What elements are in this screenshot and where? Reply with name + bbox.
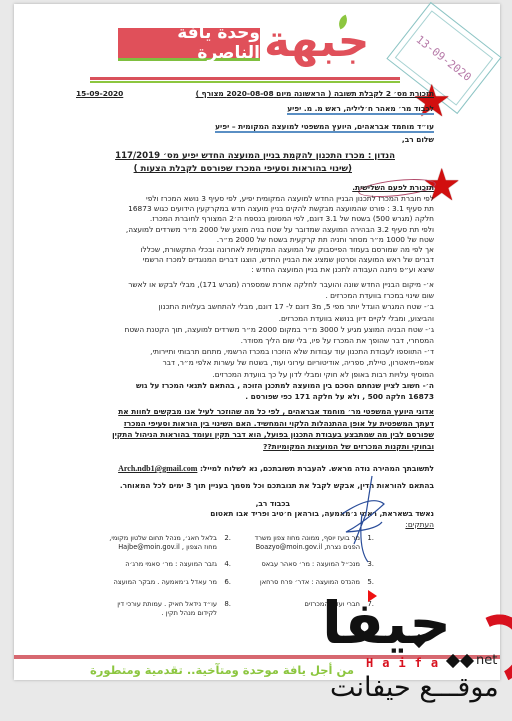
point-line: והביצוע, ומבלי לקיים דיון בנושא בוועדת ה… bbox=[279, 314, 434, 324]
reply-text: לתשובתך המהירה נודה מראש. להעברת תשובתכם… bbox=[200, 464, 434, 473]
copy-number: 5. bbox=[367, 578, 374, 586]
copy-number: 1. bbox=[367, 534, 374, 542]
question-line: דעתך המשפטית על אופן ההתנהלות הלקוי והמח… bbox=[124, 419, 434, 429]
body-line: תת סעיף 3.1 : פורט שהמועצה מבקשת להקים ב… bbox=[128, 204, 434, 214]
question-line: ובחוקי ותקנות המכרזים של המועצות המקומיו… bbox=[263, 442, 434, 452]
body-line: דברים של ראש המועצה וסרטון שמציג את הבני… bbox=[143, 255, 434, 265]
point-line: אמפי-תיאטרון, טיילת, ספריה, אודיטוריום ע… bbox=[163, 358, 434, 368]
haifa-latin: Haifa bbox=[366, 656, 447, 670]
subject-line-1: הנדון : מכרז התכנון להקמת בניין המועצה ה… bbox=[115, 151, 395, 161]
copy-number: 6. bbox=[224, 578, 231, 586]
point-line: ב׳- שטח המגרש הוגדל יותר מפי 5, מ3 דונם … bbox=[159, 302, 434, 312]
signatories: נאשד בשאראת, ראמי ג׳מאמעה, בורהאן ח׳טיב … bbox=[210, 509, 434, 519]
body-line: אך לפי מה שמורסם בעמוד הפייסבוק של המועצ… bbox=[141, 245, 434, 255]
copy-number: 8. bbox=[224, 600, 231, 608]
copy-number: 4. bbox=[224, 560, 231, 568]
body-line: חלקה (מגרש 500) בשטח של 3.1 דונם, לפי המ… bbox=[150, 214, 434, 224]
point-line: א׳- מיקום הבניין החדש שונה והועבר לחלקה … bbox=[128, 280, 434, 290]
question-line: אדוני היועץ המשפטי מר׳ מוחמד אבראהים , ל… bbox=[118, 407, 434, 417]
haifa-net-label: net bbox=[476, 653, 497, 668]
copy-recipient: מר עאדל ג׳מאמעה . מבקר המועצה bbox=[113, 578, 217, 587]
email-link[interactable]: Arch.ndb1@gmail.com bbox=[118, 464, 197, 473]
body-line: שטח של 1000 מ״ר מסחר וחניה תת קרקעית בשט… bbox=[217, 235, 434, 245]
copy-number: 3. bbox=[367, 560, 374, 568]
closing: בכבוד רב, bbox=[256, 499, 290, 509]
body-line: לפי חוברת המכרז לתכנון הבניין החדש למועצ… bbox=[146, 194, 434, 204]
reminder-line: תזכורת מס׳ 2 לקבלת תשובה ( הראשונה מיום … bbox=[196, 89, 434, 99]
copy-recipient: בלאל חאג׳, מנהל תחום שלטון מקומי,מחוז הצ… bbox=[109, 534, 217, 552]
copies-label: העתקים: bbox=[405, 520, 434, 530]
cc-legal-advisor-line: עו״ד מוחמד אבראהים, היועץ המשפטי למועצה … bbox=[215, 122, 434, 133]
haifa-arabic-word: حيفا bbox=[322, 588, 451, 658]
copy-recipient: גזבר המועצה : מר׳ סאמי מרג׳ה bbox=[125, 560, 217, 569]
point-line: ג׳- שטח הבניה המוצע מגיע ל 3000 מ״ר במקו… bbox=[125, 325, 435, 335]
body-line: ולפי תת סעיף 3.2 הבהירה המועצה שמדובר על… bbox=[126, 225, 434, 235]
point-line: שום שינוי במכרז בוועדת המכרזים . bbox=[325, 291, 434, 301]
point-line: המוסיף עלויות רבות באופן לא חוקי ומבלי ל… bbox=[212, 370, 434, 380]
question-line: שפורסם לבין מה שמתבצע בעבודת התכנון בפוע… bbox=[112, 430, 434, 440]
haifanet-watermark: حيفا Haifa net موقـــع حيفانت bbox=[316, 590, 512, 721]
subject-line-2: (שינוי בהוראות וסעיפי המכרז שפורסם לקבלת… bbox=[134, 164, 352, 174]
point-he-line-1: ה׳- חשוב לציין שנחתם הסכם בין המועצה למת… bbox=[136, 381, 434, 391]
third-reminder: תזכורת לפעם השלישית. bbox=[352, 183, 434, 193]
party-logo: وحدة يافة الناصرة جبهة bbox=[106, 18, 396, 68]
header-divider-red bbox=[90, 77, 400, 80]
logo-banner: وحدة يافة الناصرة bbox=[118, 28, 260, 61]
letter-page: وحدة يافة الناصرة جبهة 13-09-2020 ★ ★ תז… bbox=[14, 4, 500, 680]
body-line: שיצא וע״פ ניתנה העבודה לתכנן את בניין המ… bbox=[251, 265, 434, 275]
point-line: המסחרי, דבר שהופך את המכרז על פיו, בלי ש… bbox=[241, 336, 434, 346]
copy-recipient: מנכ״ל המועצה : מר׳ סאהר עבאס bbox=[261, 560, 360, 569]
copy-recipient: מהנדס המועצה : אדר׳ פרח סרחאן bbox=[260, 578, 360, 587]
reply-line: לתשובתך המהירה נודה מראש. להעברת תשובתכם… bbox=[118, 464, 434, 474]
letter-date: 15-09-2020 bbox=[76, 89, 123, 99]
copy-recipient: עו״ד נידאל חאיק . עמותת עורכי דיןלקידום … bbox=[117, 600, 217, 618]
red-star-icon: ★ bbox=[412, 80, 451, 124]
copy-recipient: מר בועז יוסף, ממונה מחוז צפון משרדהפנים … bbox=[255, 534, 360, 552]
logo-main-text: جبهة bbox=[264, 12, 369, 72]
point-line: ד׳- התווספו לעבודת התכנון עוד עבודות שלא… bbox=[150, 347, 434, 357]
haifanet-site-name: موقـــع حيفانت bbox=[330, 672, 499, 703]
copy-number: 2. bbox=[224, 534, 231, 542]
addressee-line: לכבוד מר׳ מאהר ח׳ליליה, ראש מ. מ. יפיע bbox=[287, 104, 434, 115]
greeting: שלום רב, bbox=[402, 135, 434, 145]
point-he-line-2: 16873 חלקה 500 , ולא על חלקה 171 כפי שפו… bbox=[245, 392, 434, 402]
footer-slogan: من أجل يافة موحدة ومتآخية.. تقدمية ومتطو… bbox=[90, 663, 354, 677]
header-divider-green bbox=[90, 81, 400, 83]
